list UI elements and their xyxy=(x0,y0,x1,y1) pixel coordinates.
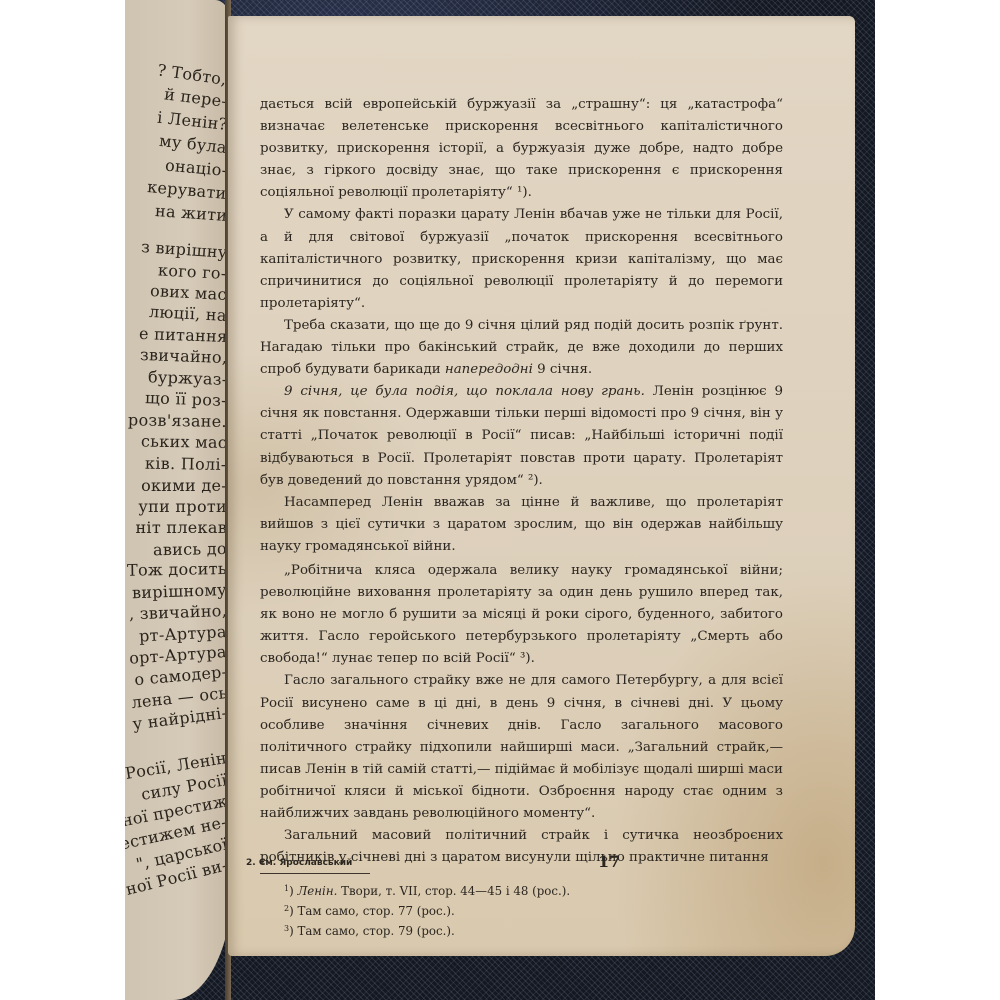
left-page-line: ових мас xyxy=(150,281,228,304)
block-quote: „Робітнича кляса одержала велику науку г… xyxy=(260,560,783,670)
left-page-line: розв'язане. xyxy=(128,410,227,431)
left-page-line: й пере- xyxy=(163,84,228,111)
left-page-line: з вирішну xyxy=(140,237,228,262)
left-page-line: і Ленін? xyxy=(156,108,228,134)
footnotes: 1) Ленін. Твори, т. VII, стор. 44—45 і 4… xyxy=(260,880,783,940)
left-page-line: ніт плекав xyxy=(135,518,227,537)
paragraph-5: Насамперед Ленін вважав за цінне й важли… xyxy=(260,492,783,558)
left-page-line: керувати xyxy=(147,177,228,203)
left-page-line: вирішному xyxy=(132,580,227,602)
left-page-line: люції, на xyxy=(149,302,228,325)
book-photo: ? Тобто,й пере-і Ленін?му булаонаціо-кер… xyxy=(125,0,875,1000)
left-page-line: авись до xyxy=(153,539,227,559)
left-page-line: ків. Полі- xyxy=(145,454,227,474)
left-page-line: е питання xyxy=(138,324,227,346)
left-page-line: буржуаз- xyxy=(147,367,227,389)
left-page: ? Тобто,й пере-і Ленін?му булаонаціо-кер… xyxy=(125,0,233,1000)
footnote-2: 2) Там само, стор. 77 (рос.). xyxy=(284,900,783,920)
left-page-line: упи проти xyxy=(138,497,227,516)
body-text: дається всій европейській буржуазії за „… xyxy=(260,94,783,940)
paragraph-6: Гасло загального страйку вже не для само… xyxy=(260,670,783,825)
left-page-line: , звичайно, xyxy=(129,601,228,623)
left-page-line: ських мас xyxy=(141,431,227,451)
left-page-line: окими де- xyxy=(141,476,227,495)
left-page-line: онаціо- xyxy=(164,156,228,180)
paragraph-1: дається всій европейській буржуазії за „… xyxy=(260,94,783,204)
paragraph-4: 9 січня, це була подія, що поклала нову … xyxy=(260,381,783,491)
paragraph-2: У самому факті поразки царату Ленін вбач… xyxy=(260,204,783,314)
left-page-line: на жити xyxy=(154,201,227,225)
footnote-3: 3) Там само, стор. 79 (рос.). xyxy=(284,920,783,940)
right-page: дається всій европейській буржуазії за „… xyxy=(228,16,855,956)
page-number: 17 xyxy=(598,852,620,871)
paragraph-3: Треба сказати, що ще до 9 січня цілий ря… xyxy=(260,315,783,381)
signature-mark: 2. Єм. Ярославський xyxy=(246,858,352,868)
footnote-divider xyxy=(260,873,370,874)
left-page-line: кого го- xyxy=(158,260,227,283)
left-page-line: Тож досить xyxy=(127,559,227,580)
left-page-line: му була xyxy=(159,131,228,157)
footnote-1: 1) Ленін. Твори, т. VII, стор. 44—45 і 4… xyxy=(284,880,783,900)
left-page-line: звичайно, xyxy=(139,345,227,367)
left-page-line: що її роз- xyxy=(145,388,228,410)
